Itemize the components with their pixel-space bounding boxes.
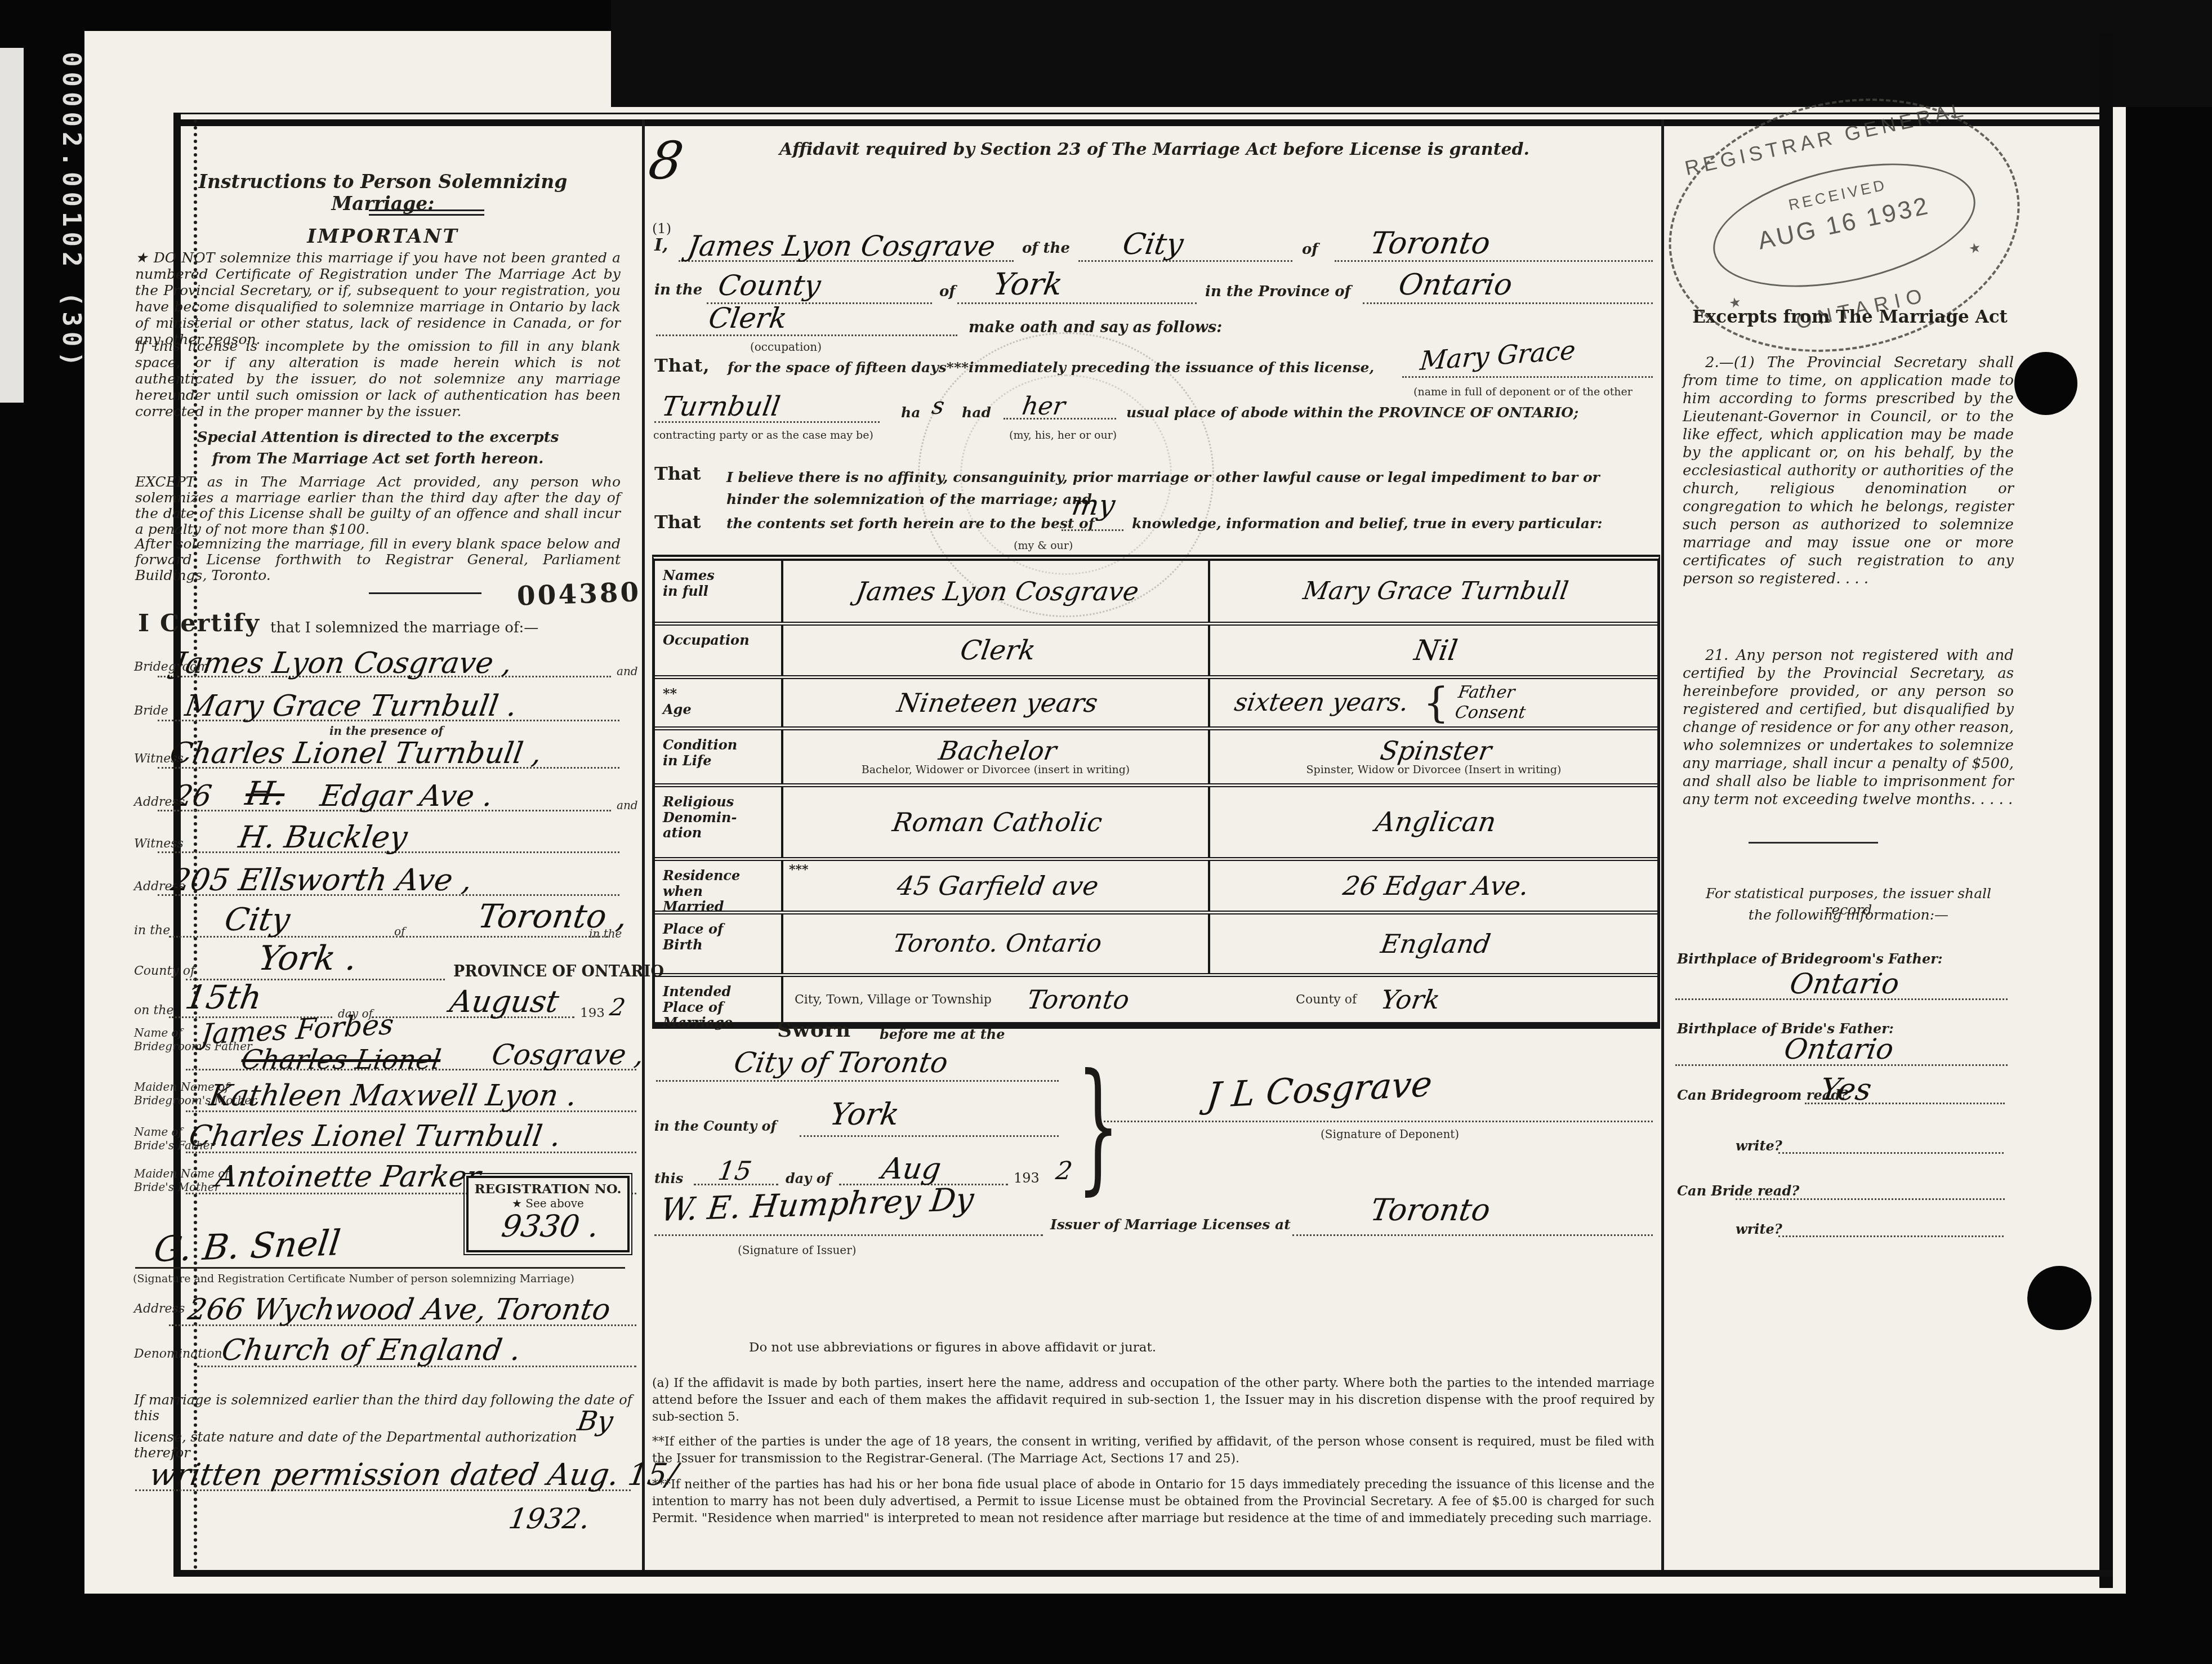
groom-occupation-cell: Clerk [783,626,1210,675]
early-note-permission: written permission dated Aug. 15/ [148,1460,680,1490]
county-name: York . [256,942,359,975]
groom-father-struck: Charles Lionel [239,1046,443,1073]
marriage-month: August [448,987,561,1017]
frame-bottom [173,1570,2113,1577]
table-row-religion: Religious Denomin- ation Roman Catholic … [655,783,1657,857]
intended-place-cell: City, Town, Village or Township Toronto … [783,977,1657,1022]
scanned-marriage-affidavit: 00002.00102 (30) Instructions to Person … [0,0,2212,1664]
that1-text: for the space of fifteen days***immediat… [728,359,1374,376]
instructions-para-incomplete: If this license is incomplete by the omi… [135,338,621,420]
table-row-condition: Condition in Life Bachelor Bachelor, Wid… [655,726,1657,783]
aff-county-word: County [716,271,823,300]
that1-caption2: contracting party or as the case may be) [653,429,873,441]
punch-hole-top [2014,352,2077,415]
footnote-a: (a) If the affidavit is made by both par… [652,1375,1654,1426]
occupation-caption: (occupation) [750,340,822,354]
bride-condition-cell: Spinster Spinster, Widow or Divorcee (In… [1210,730,1657,783]
margin-sub: (1) [652,221,671,237]
row-label: Residence when Married [655,861,783,911]
province-label: PROVINCE OF ONTARIO [453,963,664,980]
sworn-lead-rest: before me at the [880,1026,1005,1042]
that1-surname: Turnbull [660,393,782,420]
denomination-value: Church of England . [220,1336,523,1365]
in-the-label: in the [134,924,170,938]
sworn-day-of: day of [786,1170,831,1186]
intended-county-value: York [1379,987,1442,1012]
excerpts-para-21: 21. Any person not registered with and c… [1683,646,2014,809]
instructions-title: Instructions to Person Solemnizing Marri… [169,171,597,215]
groom-religion-cell: Roman Catholic [783,787,1210,857]
on-the-label: on the [134,1003,173,1018]
excerpts-para-2: 2.—(1) The Provincial Secretary shall fr… [1683,354,2014,588]
bride-religion-cell: Anglican [1210,787,1657,857]
sworn-month: Aug [880,1154,943,1184]
witness2-label: Witness [134,837,184,851]
aff-countyname-line [957,302,1197,304]
that1-ha: ha [901,404,920,421]
stat-bride-write-label: write? [1736,1221,1782,1237]
intended-city-caption: City, Town, Village or Township [795,993,992,1007]
bride-father-name: Charles Lionel Turnbull . [187,1122,563,1151]
film-edge-white-bar [0,48,24,403]
license-number: 004380 [516,577,641,612]
no-abbreviations-note: Do not use abbreviations or figures in a… [749,1340,1156,1355]
special-attention-line2: from The Marriage Act set forth hereon. [135,450,621,467]
bride-names-cell: Mary Grace Turnbull [1210,561,1657,622]
footnote-2star: **If either of the parties is under the … [652,1434,1654,1467]
statistics-heading-2: the following information:— [1681,907,2016,923]
that3-lead: That [654,511,701,533]
sworn-year-printed: 193 [1014,1170,1040,1186]
early-note-year: 1932. [507,1505,592,1533]
deponent-signature-caption: (Signature of Deponent) [1321,1127,1459,1141]
aff-province-line [1363,302,1653,304]
stat-groom-write-line [1778,1152,2004,1154]
registration-number: 9330 . [469,1211,627,1242]
consent-brace: { [1423,679,1449,726]
that3-my: my [1070,491,1117,519]
of-small: of [394,925,405,938]
stat-bride-write-line [1778,1235,2004,1237]
special-attention-line1: Special Attention is directed to the exc… [135,429,621,446]
groom-birthplace-cell: Toronto. Ontario [783,914,1210,973]
table-row-intended-place: Intended Place of Marriage City, Town, V… [655,973,1657,1022]
certify-lead: I Certify [138,609,260,637]
row-label: Intended Place of Marriage [655,977,783,1022]
column-divider-right [1661,119,1664,1570]
and-word-2: and [617,798,638,812]
aff-occupation-line [656,334,957,336]
column-divider-left [642,119,645,1570]
certify-rest: that I solemnized the marriage of:— [270,619,538,636]
sworn-city: City of Toronto [732,1049,950,1077]
that1-caption3: (my, his, her or our) [1009,429,1117,441]
groom-mother-name: Kathleen Maxwell Lyon . [207,1081,579,1110]
solemnizer-address: 266 Wychwood Ave, Toronto [186,1295,613,1324]
groom-condition-cell: Bachelor Bachelor, Widower or Divorcee (… [783,730,1210,783]
stat-bride-read-line [1736,1198,2005,1200]
sworn-lead: Sworn [777,1018,851,1042]
address1-number: 26 [172,782,213,811]
oath-text: make oath and say as follows: [969,319,1222,336]
row-label: Names in full [655,561,783,622]
residence-marker: *** [789,862,809,877]
aff-province-name: Ontario [1397,270,1514,300]
in-the-2: in the [589,927,622,940]
that3-text-a: the contents set forth herein are to the… [726,515,1095,532]
sworn-this: this [654,1170,683,1186]
row-label: Place of Birth [655,914,783,973]
stat-groom-read-value: Yes [1818,1074,1874,1105]
that1-lead: That, [654,355,710,376]
groom-age-cell: Nineteen years [783,679,1210,726]
aff-city-word: City [1121,230,1185,259]
important-heading: IMPORTANT [169,225,597,248]
table-row-names: Names in full James Lyon Cosgrave Mary G… [655,561,1657,622]
excerpts-rule [1749,842,1878,844]
address1-street: Edgar Ave . [318,782,495,811]
that1-caption1: (name in full of deponent or of the othe… [1413,386,1633,398]
stat-groom-write-label: write? [1736,1137,1782,1154]
early-note-by: By [576,1408,615,1435]
stat-bride-father-value: Ontario [1782,1035,1896,1063]
title-rule [369,209,484,216]
excerpts-title: Excerpts from The Marriage Act [1681,307,2019,327]
issuer-signature-line [654,1234,1043,1236]
consent-note: Father Consent [1453,682,1530,723]
aff-county-name: York [991,269,1065,300]
solemnizer-signature: G. B. Snell [152,1225,342,1267]
row-label: ** Age [655,679,783,726]
witness1-name: Charles Lionel Turnbull , [168,739,544,768]
groom-father-name-part2: Cosgrave , [490,1041,646,1069]
bride-label: Bride [134,704,168,718]
affidavit-particulars-table: Names in full James Lyon Cosgrave Mary G… [652,555,1660,1029]
issuer-of-licenses-text: Issuer of Marriage Licenses at [1050,1216,1291,1233]
that1-name-line [1402,376,1653,378]
frame-right [2099,34,2113,1588]
in-the-aff: in the [654,282,702,298]
early-note-line1: If marriage is solemnized earlier than t… [134,1392,641,1424]
registration-box: REGISTRATION NO. ★ See above 9330 . [466,1176,630,1252]
that3-text-b: knowledge, information and belief, true … [1132,515,1602,532]
footnote-3star: ***If neither of the parties has had his… [652,1476,1654,1527]
row-label: Condition in Life [655,730,783,783]
presence-caption: in the presence of [329,724,443,738]
row-label: Occupation [655,626,783,675]
aff-city-line [1078,260,1292,262]
instructions-para-do-not: ★ DO NOT solemnize this marriage if you … [135,249,621,347]
instructions-para-except: EXCEPT as in The Marriage Act provided, … [135,474,621,537]
that1-her: her [1020,394,1067,419]
intended-county-caption: County of [1296,993,1357,1007]
aff-city-name: Toronto [1368,228,1492,258]
sworn-county-label: in the County of [654,1118,777,1134]
instructions-para-after: After solemnizing the marriage, fill in … [135,536,621,583]
table-row-residence: Residence when Married *** 45 Garfield a… [655,857,1657,911]
bride-name: Mary Grace Turnbull . [183,692,519,721]
county-label: County of [134,964,195,978]
sworn-brace: } [1077,1045,1120,1209]
year-printed: 193 [580,1006,605,1020]
row-label: Religious Denomin- ation [655,787,783,857]
province-of-label: in the Province of [1205,283,1351,300]
address3-label: Address [134,1302,185,1316]
of-1-label: of [1302,241,1318,258]
punch-hole-bottom [2027,1266,2091,1330]
bride-occupation-cell: Nil [1210,626,1657,675]
aff-occupation: Clerk [707,304,789,332]
and-word-1: and [617,664,638,678]
table-row-birthplace: Place of Birth Toronto. Ontario England [655,911,1657,973]
that1-had: had [962,404,991,421]
number-rule [369,592,481,594]
issuer-place-line [1292,1234,1653,1236]
address2-street: 205 Ellsworth Ave , [169,865,474,895]
table-row-occupation: Occupation Clerk Nil [655,622,1657,675]
registration-box-title: REGISTRATION NO. [469,1181,627,1197]
that2-text: I believe there is no affinity, consangu… [726,466,1654,510]
intended-city-value: Toronto [1025,987,1131,1012]
of-2-label: of [939,283,956,300]
witness2-name: H. Buckley [237,822,409,853]
stat-bride-read-label: Can Bride read? [1677,1183,1799,1199]
film-frame-label: 00002.00102 (30) [57,52,86,491]
sworn-county-line [800,1135,1059,1137]
deponent-signature-line [1104,1121,1653,1122]
issuer-place: Toronto [1368,1195,1492,1225]
issuer-signature-caption: (Signature of Issuer) [738,1243,857,1257]
affidavit-header: Affidavit required by Section 23 of The … [760,140,1549,159]
sworn-county: York [828,1099,902,1130]
that3-my-line [1062,529,1123,531]
that3-caption: (my & our) [1014,539,1073,552]
stat-groom-father-value: Ontario [1788,970,1901,998]
bride-residence-cell: 26 Edgar Ave. [1210,861,1657,911]
bride-birthplace-cell: England [1210,914,1657,973]
denomination-label: Denomination [134,1347,222,1361]
groom-residence-cell: *** 45 Garfield ave [783,861,1210,911]
aff-deponent-name: James Lyon Cosgrave [686,232,997,260]
that2-lead: That [654,463,701,484]
that1-rest: usual place of abode within the PROVINCE… [1126,404,1578,421]
city-division-word: City [222,904,292,936]
table-row-age: ** Age Nineteen years sixteen years. { F… [655,675,1657,726]
address1-struck-letter: H. [243,777,287,810]
marriage-day: 15th [183,981,264,1014]
early-note-line2: license, state nature and date of the De… [134,1429,601,1461]
bride-age-cell: sixteen years. { Father Consent [1210,679,1657,726]
bride-mother-name: Antoinette Parker . [214,1162,501,1192]
groom-names-cell: James Lyon Cosgrave [783,561,1210,622]
bridegroom-name: James Lyon Cosgrave , [172,649,514,678]
sworn-city-line [656,1080,1059,1082]
sworn-day: 15 [716,1158,753,1184]
stat-groom-father-label: Birthplace of Bridegroom's Father: [1677,951,1943,967]
i-comma: I, [654,235,668,255]
of-the-label: of the [1022,240,1070,257]
solemnizer-signature-caption: (Signature and Registration Certificate … [133,1273,640,1285]
